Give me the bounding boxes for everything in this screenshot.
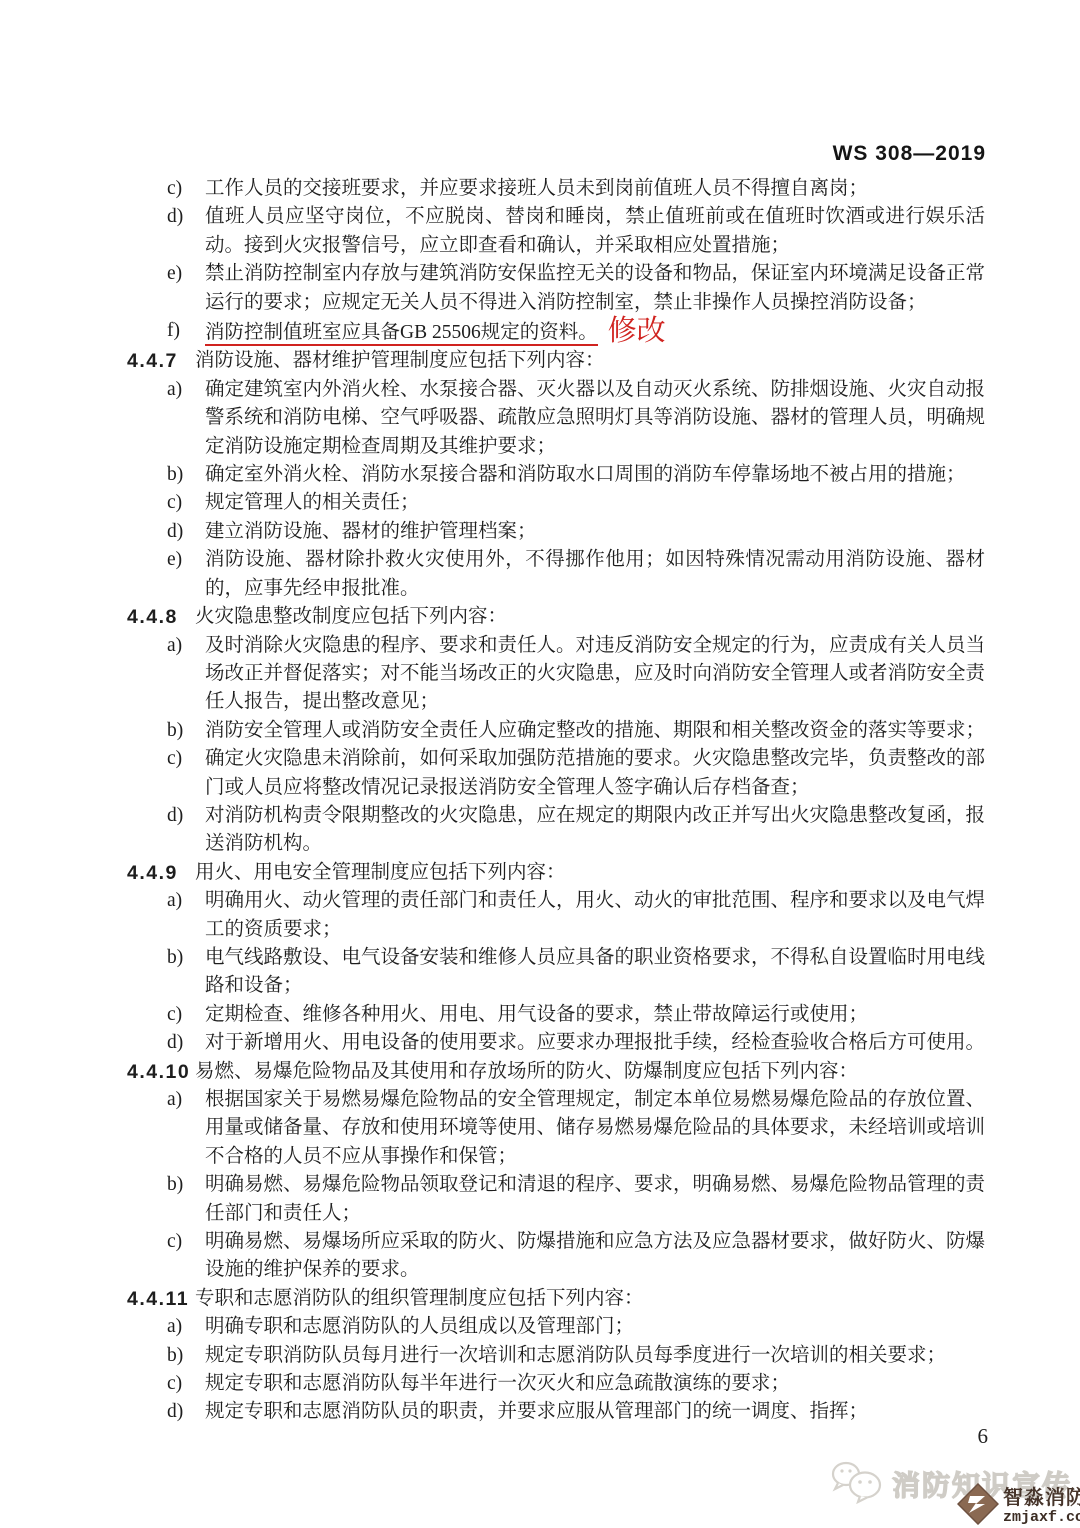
section-title: 火灾隐患整改制度应包括下列内容： <box>195 606 507 627</box>
item-label: a) <box>167 1313 182 1341</box>
list-item: c)定期检查、维修各种用火、用电、用气设备的要求，禁止带故障运行或使用； <box>127 1001 985 1029</box>
item-text: 及时消除火灾隐患的程序、要求和责任人。对违反消防安全规定的行为，应责成有关人员当… <box>205 635 985 713</box>
logo-name: 智淼消防 <box>1003 1488 1080 1508</box>
item-text: 确定建筑室内外消火栓、水泵接合器、灭火器以及自动灭火系统、防排烟设施、火灾自动报… <box>205 379 985 457</box>
item-text: 工作人员的交接班要求，并应要求接班人员未到岗前值班人员不得擅自离岗； <box>205 178 868 199</box>
list-item: a)及时消除火灾隐患的程序、要求和责任人。对违反消防安全规定的行为，应责成有关人… <box>127 632 985 717</box>
item-label: d) <box>167 1029 183 1057</box>
item-label: b) <box>167 1171 183 1199</box>
section-title: 用火、用电安全管理制度应包括下列内容： <box>195 862 566 883</box>
item-label: a) <box>167 887 182 915</box>
list-item: b)确定室外消火栓、消防水泵接合器和消防取水口周围的消防车停靠场地不被占用的措施… <box>127 461 985 489</box>
item-text: 定期检查、维修各种用火、用电、用气设备的要求，禁止带故障运行或使用； <box>205 1004 868 1025</box>
item-text: 明确专职和志愿消防队的人员组成以及管理部门； <box>205 1316 634 1337</box>
item-text: 电气线路敷设、电气设备安装和维修人员应具备的职业资格要求，不得私自设置临时用电线… <box>205 947 985 996</box>
item-label: a) <box>167 632 182 660</box>
item-label: b) <box>167 461 183 489</box>
list-item: a)根据国家关于易燃易爆危险物品的安全管理规定，制定本单位易燃易爆危险品的存放位… <box>127 1086 985 1171</box>
diamond-logo-icon <box>957 1483 999 1528</box>
list-item: c)规定管理人的相关责任； <box>127 489 985 517</box>
section-title: 消防设施、器材维护管理制度应包括下列内容： <box>195 350 605 371</box>
item-label: f) <box>167 317 180 345</box>
section-heading: 4.4.8火灾隐患整改制度应包括下列内容： <box>127 603 985 631</box>
page-number: 6 <box>978 1424 989 1449</box>
item-text: 值班人员应坚守岗位，不应脱岗、替岗和睡岗，禁止值班前或在值班时饮酒或进行娱乐活动… <box>205 206 985 255</box>
list-item: d)建立消防设施、器材的维护管理档案； <box>127 518 985 546</box>
item-label: c) <box>167 489 182 517</box>
item-label: b) <box>167 1342 183 1370</box>
list-item: c)规定专职和志愿消防队每半年进行一次灭火和应急疏散演练的要求； <box>127 1370 985 1398</box>
section-number: 4.4.9 <box>127 859 178 887</box>
revision-mark: 修改 <box>608 315 666 347</box>
section-title: 专职和志愿消防队的组织管理制度应包括下列内容： <box>195 1288 644 1309</box>
item-text: 规定管理人的相关责任； <box>205 492 420 513</box>
revised-text: 消防控制值班室应具备GB 25506规定的资料。 <box>205 322 598 346</box>
list-item: e)消防设施、器材除扑救火灾使用外，不得挪作他用；如因特殊情况需动用消防设施、器… <box>127 546 985 603</box>
list-item: b)消防安全管理人或消防安全责任人应确定整改的措施、期限和相关整改资金的落实等要… <box>127 717 985 745</box>
item-text: 规定专职消防队员每月进行一次培训和志愿消防队员每季度进行一次培训的相关要求； <box>205 1345 946 1366</box>
section-number: 4.4.7 <box>127 347 178 375</box>
item-label: c) <box>167 175 182 203</box>
list-item: e)禁止消防控制室内存放与建筑消防安保监控无关的设备和物品，保证室内环境满足设备… <box>127 260 985 317</box>
section-heading: 4.4.11专职和志愿消防队的组织管理制度应包括下列内容： <box>127 1285 985 1313</box>
section-heading: 4.4.7消防设施、器材维护管理制度应包括下列内容： <box>127 347 985 375</box>
list-item: c)明确易燃、易爆场所应采取的防火、防爆措施和应急方法及应急器材要求，做好防火、… <box>127 1228 985 1285</box>
list-item: c)确定火灾隐患未消除前，如何采取加强防范措施的要求。火灾隐患整改完毕，负责整改… <box>127 745 985 802</box>
section-heading: 4.4.9用火、用电安全管理制度应包括下列内容： <box>127 859 985 887</box>
item-label: c) <box>167 1370 182 1398</box>
logo-website: zmjaxf.com <box>1003 1510 1080 1525</box>
list-item: a)确定建筑室内外消火栓、水泵接合器、灭火器以及自动灭火系统、防排烟设施、火灾自… <box>127 376 985 461</box>
item-label: d) <box>167 802 183 830</box>
section-number: 4.4.11 <box>127 1285 189 1313</box>
item-text: 明确易燃、易爆危险物品领取登记和清退的程序、要求，明确易燃、易爆危险物品管理的责… <box>205 1174 985 1223</box>
list-item: b)明确易燃、易爆危险物品领取登记和清退的程序、要求，明确易燃、易爆危险物品管理… <box>127 1171 985 1228</box>
list-item: f)消防控制值班室应具备GB 25506规定的资料。 修改 <box>127 317 985 347</box>
item-label: d) <box>167 203 183 231</box>
document-body: c)工作人员的交接班要求，并应要求接班人员未到岗前值班人员不得擅自离岗； d)值… <box>127 175 985 1427</box>
section-heading: 4.4.10易燃、易爆危险物品及其使用和存放场所的防火、防爆制度应包括下列内容： <box>127 1058 985 1086</box>
item-label: e) <box>167 546 182 574</box>
item-label: a) <box>167 376 182 404</box>
list-item: c)工作人员的交接班要求，并应要求接班人员未到岗前值班人员不得擅自离岗； <box>127 175 985 203</box>
list-item: a)明确专职和志愿消防队的人员组成以及管理部门； <box>127 1313 985 1341</box>
item-text: 规定专职和志愿消防队每半年进行一次灭火和应急疏散演练的要求； <box>205 1373 790 1394</box>
item-label: d) <box>167 518 183 546</box>
item-text: 规定专职和志愿消防队员的职责，并要求应服从管理部门的统一调度、指挥； <box>205 1401 868 1422</box>
item-label: c) <box>167 1228 182 1256</box>
item-label: a) <box>167 1086 182 1114</box>
item-text: 建立消防设施、器材的维护管理档案； <box>205 521 537 542</box>
section-number: 4.4.8 <box>127 603 178 631</box>
item-label: e) <box>167 260 182 288</box>
list-item: d)对消防机构责令限期整改的火灾隐患，应在规定的期限内改正并写出火灾隐患整改复函… <box>127 802 985 859</box>
item-label: b) <box>167 944 183 972</box>
list-item: a)明确用火、动火管理的责任部门和责任人，用火、动火的审批范围、程序和要求以及电… <box>127 887 985 944</box>
list-item: b)电气线路敷设、电气设备安装和维修人员应具备的职业资格要求，不得私自设置临时用… <box>127 944 985 1001</box>
item-text: 根据国家关于易燃易爆危险物品的安全管理规定，制定本单位易燃易爆危险品的存放位置、… <box>205 1089 985 1167</box>
item-text: 确定火灾隐患未消除前，如何采取加强防范措施的要求。火灾隐患整改完毕，负责整改的部… <box>205 748 985 797</box>
section-title: 易燃、易爆危险物品及其使用和存放场所的防火、防爆制度应包括下列内容： <box>195 1061 858 1082</box>
item-text: 禁止消防控制室内存放与建筑消防安保监控无关的设备和物品，保证室内环境满足设备正常… <box>205 263 985 312</box>
item-label: d) <box>167 1398 183 1426</box>
list-item: b)规定专职消防队员每月进行一次培训和志愿消防队员每季度进行一次培训的相关要求； <box>127 1342 985 1370</box>
section-number: 4.4.10 <box>127 1058 190 1086</box>
item-text: 消防设施、器材除扑救火灾使用外，不得挪作他用；如因特殊情况需动用消防设施、器材的… <box>205 549 985 598</box>
item-text: 对消防机构责令限期整改的火灾隐患，应在规定的期限内改正并写出火灾隐患整改复函，报… <box>205 805 985 854</box>
item-text: 明确易燃、易爆场所应采取的防火、防爆措施和应急方法及应急器材要求，做好防火、防爆… <box>205 1231 985 1280</box>
wechat-icon <box>830 1458 886 1509</box>
list-item: d)对于新增用火、用电设备的使用要求。应要求办理报批手续，经检查验收合格后方可使… <box>127 1029 985 1057</box>
item-text: 消防安全管理人或消防安全责任人应确定整改的措施、期限和相关整改资金的落实等要求； <box>205 720 985 741</box>
item-text: 确定室外消火栓、消防水泵接合器和消防取水口周围的消防车停靠场地不被占用的措施； <box>205 464 966 485</box>
item-label: b) <box>167 717 183 745</box>
item-label: c) <box>167 1001 182 1029</box>
zhimiao-logo: 智淼消防 zmjaxf.com <box>957 1483 1080 1528</box>
list-item: d)规定专职和志愿消防队员的职责，并要求应服从管理部门的统一调度、指挥； <box>127 1398 985 1426</box>
standard-code: WS 308—2019 <box>833 142 986 166</box>
item-label: c) <box>167 745 182 773</box>
list-item: d)值班人员应坚守岗位，不应脱岗、替岗和睡岗，禁止值班前或在值班时饮酒或进行娱乐… <box>127 203 985 260</box>
item-text: 对于新增用火、用电设备的使用要求。应要求办理报批手续，经检查验收合格后方可使用。 <box>205 1032 985 1053</box>
item-text: 明确用火、动火管理的责任部门和责任人，用火、动火的审批范围、程序和要求以及电气焊… <box>205 890 985 939</box>
